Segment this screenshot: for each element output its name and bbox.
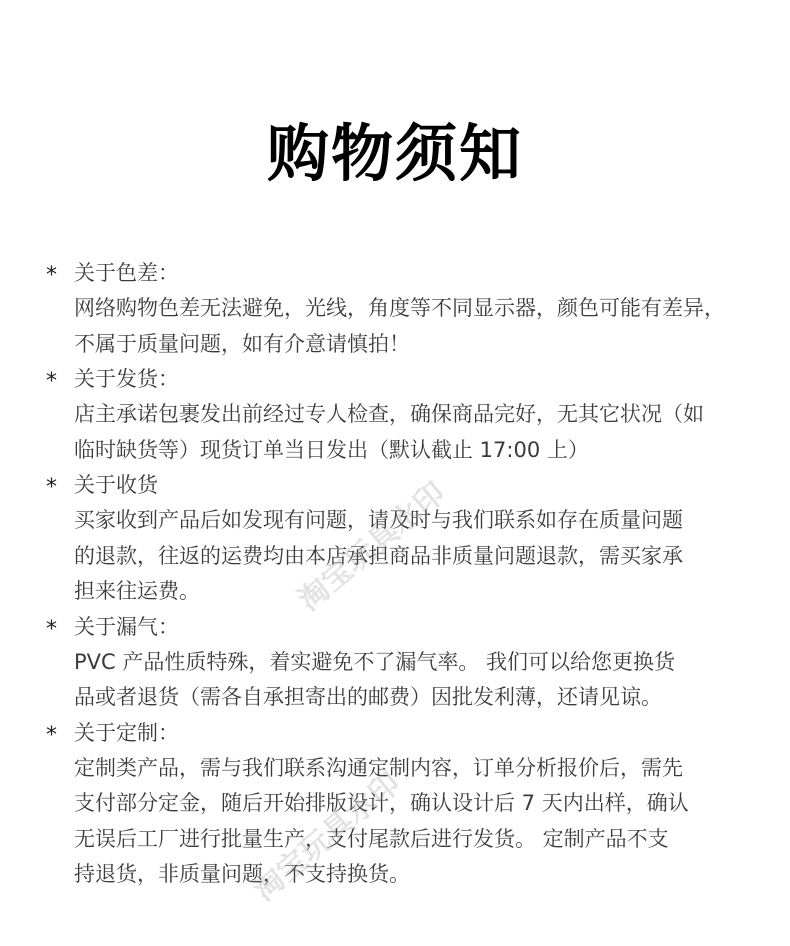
section-title: 关于漏气： <box>74 610 179 645</box>
asterisk-bullet-icon: * <box>46 718 57 753</box>
section-body: 买家收到产品后如发现有问题，请及时与我们联系如存在质量问题 的退款，往返的运费均… <box>74 503 746 610</box>
body-line: 店主承诺包裹发出前经过专人检查，确保商品完好，无其它状况（如 <box>74 397 746 433</box>
section-title: 关于发货： <box>74 362 179 397</box>
asterisk-bullet-icon: * <box>46 364 57 399</box>
asterisk-bullet-icon: * <box>46 612 57 647</box>
body-line: 担来往运费。 <box>74 574 746 610</box>
section-body: 店主承诺包裹发出前经过专人检查，确保商品完好，无其它状况（如 临时缺货等）现货订… <box>74 397 746 468</box>
asterisk-bullet-icon: * <box>46 258 57 293</box>
section-header: * 关于收货 <box>46 468 746 503</box>
section-color-difference: * 关于色差： 网络购物色差无法避免，光线，角度等不同显示器，颜色可能有差异， … <box>46 256 746 362</box>
section-title: 关于色差： <box>74 256 179 291</box>
section-header: * 关于发货： <box>46 362 746 397</box>
section-header: * 关于色差： <box>46 256 746 291</box>
notice-list: * 关于色差： 网络购物色差无法避免，光线，角度等不同显示器，颜色可能有差异， … <box>46 256 746 893</box>
section-body: 网络购物色差无法避免，光线，角度等不同显示器，颜色可能有差异， 不属于质量问题，… <box>74 291 746 362</box>
body-line: 支付部分定金，随后开始排版设计，确认设计后 7 天内出样，确认 <box>74 786 746 822</box>
section-title: 关于收货 <box>74 468 158 503</box>
body-line: 临时缺货等）现货订单当日发出（默认截止 17:00 上） <box>74 433 746 469</box>
section-title: 关于定制： <box>74 716 179 751</box>
section-shipping: * 关于发货： 店主承诺包裹发出前经过专人检查，确保商品完好，无其它状况（如 临… <box>46 362 746 468</box>
body-line: 无误后工厂进行批量生产，支付尾款后进行发货。 定制产品不支 <box>74 822 746 858</box>
section-air-leak: * 关于漏气： PVC 产品性质特殊，着实避免不了漏气率。 我们可以给您更换货 … <box>46 610 746 716</box>
asterisk-bullet-icon: * <box>46 470 57 505</box>
section-customization: * 关于定制： 定制类产品，需与我们联系沟通定制内容，订单分析报价后，需先 支付… <box>46 716 746 893</box>
section-body: PVC 产品性质特殊，着实避免不了漏气率。 我们可以给您更换货 品或者退货（需各… <box>74 645 746 716</box>
section-header: * 关于定制： <box>46 716 746 751</box>
body-line: 买家收到产品后如发现有问题，请及时与我们联系如存在质量问题 <box>74 503 746 539</box>
page-title: 购物须知 <box>0 118 790 190</box>
body-line: 的退款，往返的运费均由本店承担商品非质量问题退款，需买家承 <box>74 539 746 575</box>
section-body: 定制类产品，需与我们联系沟通定制内容，订单分析报价后，需先 支付部分定金，随后开… <box>74 751 746 893</box>
body-line: PVC 产品性质特殊，着实避免不了漏气率。 我们可以给您更换货 <box>74 645 746 681</box>
body-line: 网络购物色差无法避免，光线，角度等不同显示器，颜色可能有差异， <box>74 291 746 327</box>
body-line: 不属于质量问题，如有介意请慎拍！ <box>74 327 746 363</box>
body-line: 持退货，非质量问题，不支持换货。 <box>74 857 746 893</box>
body-line: 定制类产品，需与我们联系沟通定制内容，订单分析报价后，需先 <box>74 751 746 787</box>
section-header: * 关于漏气： <box>46 610 746 645</box>
section-receiving: * 关于收货 买家收到产品后如发现有问题，请及时与我们联系如存在质量问题 的退款… <box>46 468 746 610</box>
body-line: 品或者退货（需各自承担寄出的邮费）因批发利薄，还请见谅。 <box>74 680 746 716</box>
